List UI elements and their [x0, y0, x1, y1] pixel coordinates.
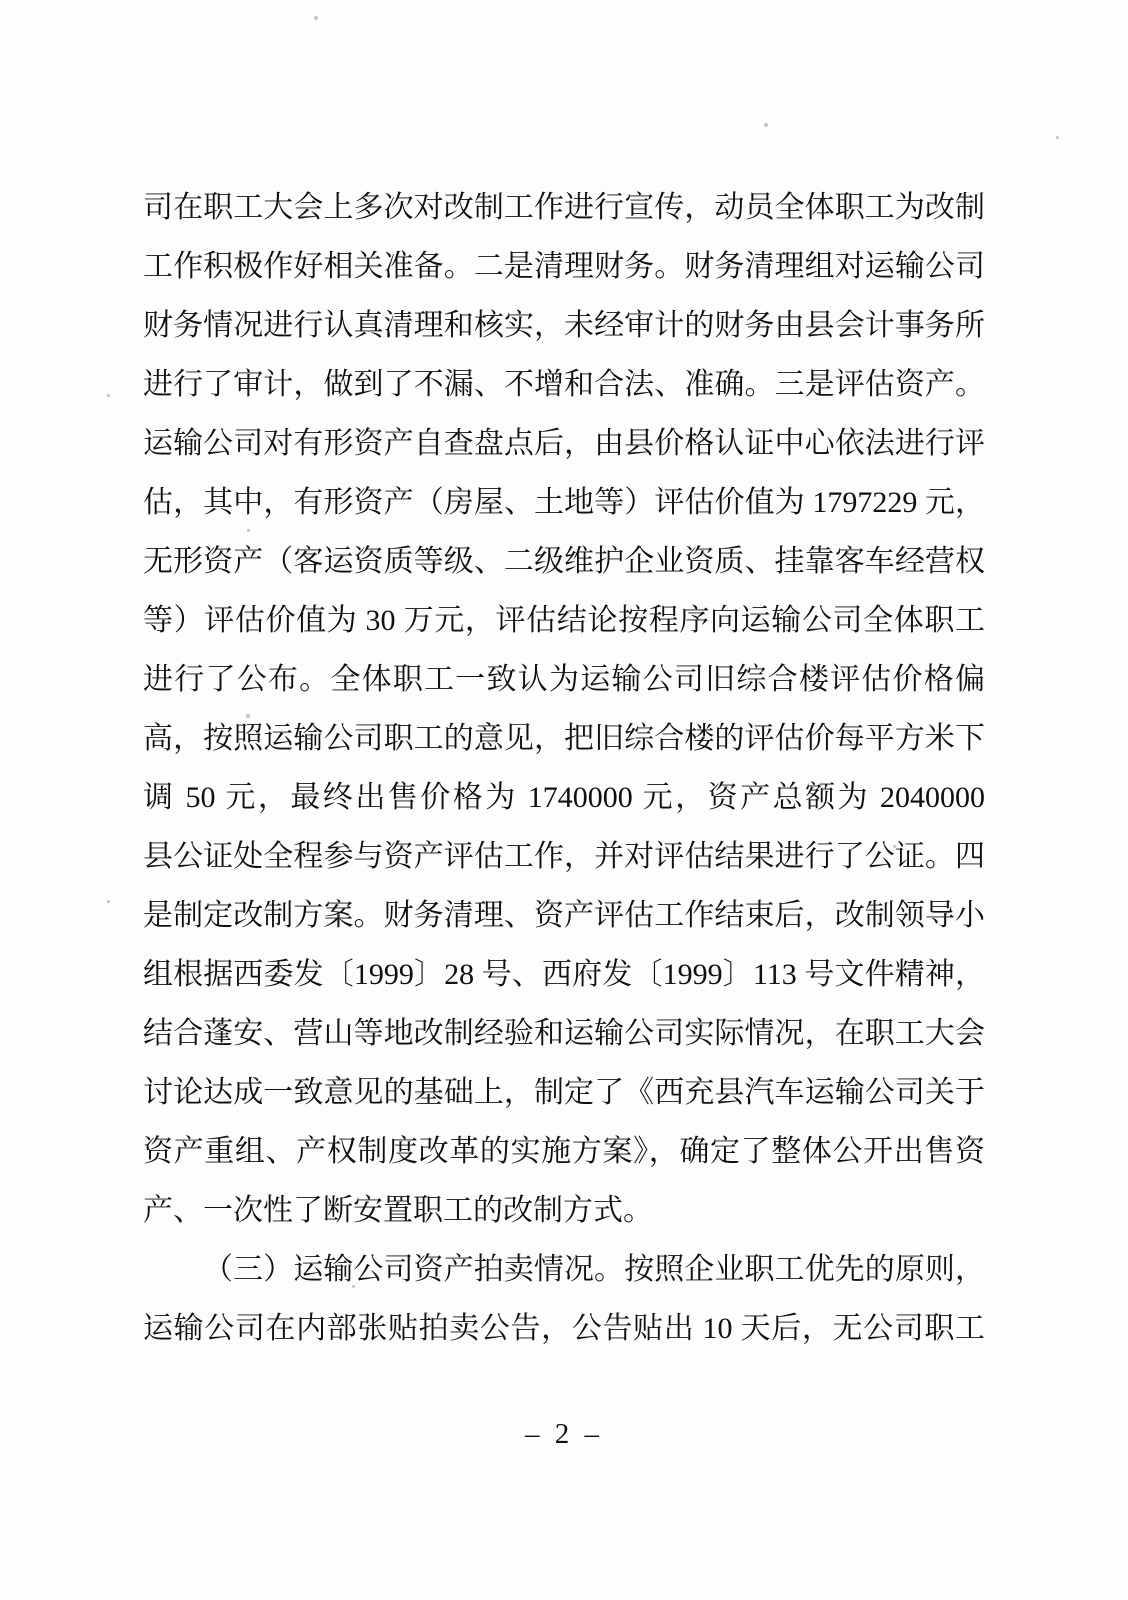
text-line: 运输公司在内部张贴拍卖公告，公告贴出 10 天后，无公司职工 [143, 1299, 985, 1358]
text-line: 财务情况进行认真清理和核实，未经审计的财务由县会计事务所 [143, 296, 985, 355]
text-line: （三）运输公司资产拍卖情况。按照企业职工优先的原则， [143, 1240, 985, 1299]
text-line: 组根据西委发〔1999〕28 号、西府发〔1999〕113 号文件精神， [143, 945, 985, 1004]
text-line: 产、一次性了断安置职工的改制方式。 [143, 1181, 985, 1240]
text-line: 高，按照运输公司职工的意见，把旧综合楼的评估价每平方米下 [143, 709, 985, 768]
text-line: 运输公司对有形资产自查盘点后，由县价格认证中心依法进行评 [143, 414, 985, 473]
scan-speck [1056, 136, 1059, 139]
text-line: 是制定改制方案。财务清理、资产评估工作结束后，改制领导小 [143, 886, 985, 945]
text-line: 司在职工大会上多次对改制工作进行宣传，动员全体职工为改制 [143, 178, 985, 237]
scan-speck [107, 394, 110, 397]
text-line: 工作积极作好相关准备。二是清理财务。财务清理组对运输公司 [143, 237, 985, 296]
text-line: 进行了审计，做到了不漏、不增和合法、准确。三是评估资产。 [143, 355, 985, 414]
text-line: 等）评估价值为 30 万元，评估结论按程序向运输公司全体职工 [143, 591, 985, 650]
scan-speck [893, 845, 896, 848]
document-body: 司在职工大会上多次对改制工作进行宣传，动员全体职工为改制 工作积极作好相关准备。… [143, 178, 985, 1358]
scan-speck [764, 123, 768, 127]
text-line: 调 50 元，最终出售价格为 1740000 元，资产总额为 2040000 元… [143, 768, 985, 827]
scan-speck [247, 529, 250, 532]
text-line: 县公证处全程参与资产评估工作，并对评估结果进行了公证。四 [143, 827, 985, 886]
text-line: 结合蓬安、营山等地改制经验和运输公司实际情况，在职工大会 [143, 1004, 985, 1063]
text-line: 资产重组、产权制度改革的实施方案》，确定了整体公开出售资 [143, 1122, 985, 1181]
scanned-document-page: 司在职工大会上多次对改制工作进行宣传，动员全体职工为改制 工作积极作好相关准备。… [0, 0, 1128, 1600]
text-line: 讨论达成一致意见的基础上，制定了《西充县汽车运输公司关于 [143, 1063, 985, 1122]
scan-speck [107, 900, 110, 903]
scan-speck [352, 1285, 355, 1288]
text-line: 进行了公布。全体职工一致认为运输公司旧综合楼评估价格偏 [143, 650, 985, 709]
scan-speck [314, 16, 318, 20]
text-line: 无形资产（客运资质等级、二级维护企业资质、挂靠客车经营权 [143, 532, 985, 591]
scan-speck [246, 714, 250, 718]
page-number: – 2 – [0, 1418, 1128, 1451]
text-line: 估，其中，有形资产（房屋、土地等）评估价值为 1797229 元， [143, 473, 985, 532]
